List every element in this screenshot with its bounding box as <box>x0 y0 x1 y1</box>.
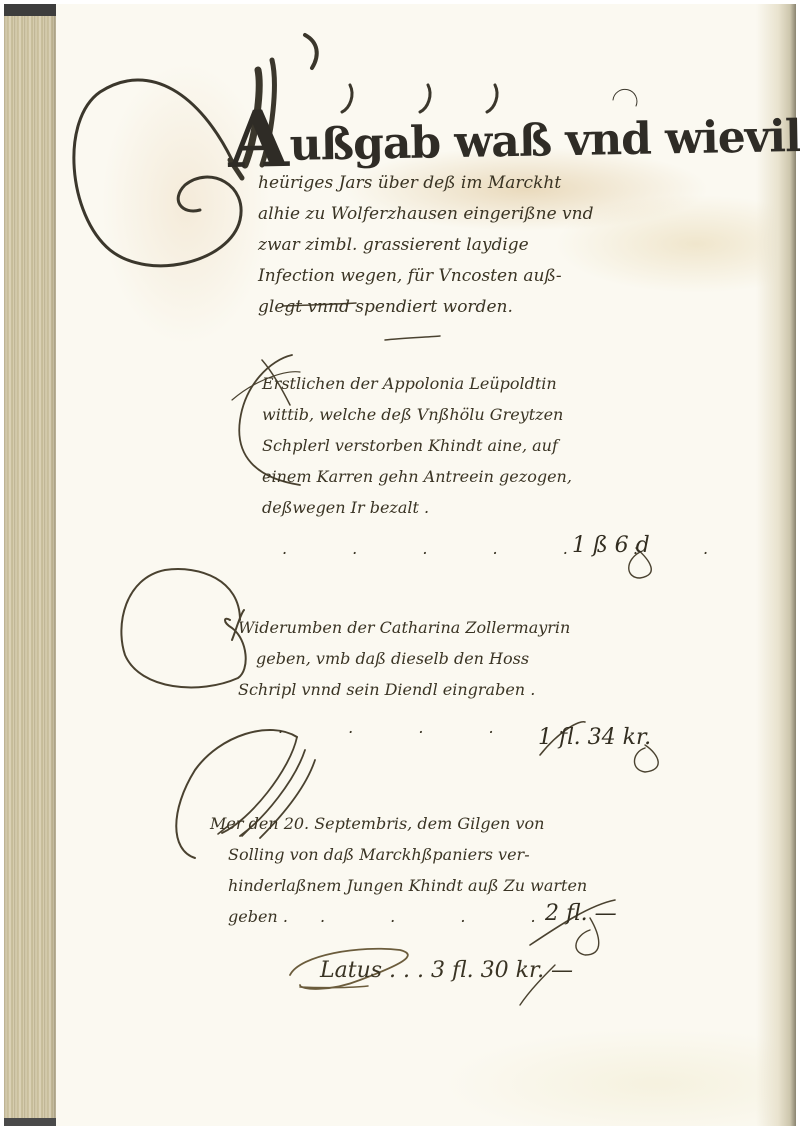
expense-entry-2: Widerumben der Catharina Zollermayrin ge… <box>238 612 688 705</box>
entry-line: Mer den 20. Septembris, dem Gilgen von <box>210 808 700 839</box>
intro-line: glegt vnnd spendiert worden. <box>258 292 678 323</box>
entry-line: einem Karren gehn Antreein gezogen, <box>262 461 692 492</box>
entry-amount: 1 fl. 34 kr. <box>538 722 651 753</box>
entry-line: Erstlichen der Appolonia Leüpoldtin <box>262 368 692 399</box>
entry-amount: 2 fl. — <box>545 898 617 929</box>
entry-line: Widerumben der Catharina Zollermayrin <box>238 612 688 643</box>
entry-leader-dots: . . . . <box>320 901 566 932</box>
expense-entry-3: Mer den 20. Septembris, dem Gilgen von S… <box>210 808 700 932</box>
total-leader-dots: . . . <box>389 958 424 983</box>
entry-line: Schplerl verstorben Khindt aine, auf <box>262 430 692 461</box>
entry-line: hinderlaßnem Jungen Khindt auß Zu warten <box>210 870 700 901</box>
entry-amount: 1 ß 6 d <box>572 530 650 561</box>
entry-leader-dots: . . . . . . . <box>282 533 738 564</box>
entry-line: Solling von daß Marckhßpaniers ver- <box>210 839 700 870</box>
entry-line: Schripl vnnd sein Diendl eingraben . <box>238 674 688 705</box>
intro-line: zwar zimbl. grassierent laydige <box>258 230 678 261</box>
intro-line: heüriges Jars über deß im Marckht <box>258 168 678 199</box>
entry-line: deßwegen Ir bezalt . <box>262 492 692 523</box>
total-label: Latus <box>320 958 382 983</box>
intro-paragraph: heüriges Jars über deß im Marckht alhie … <box>258 168 678 323</box>
total-amount: 3 fl. 30 kr. — <box>431 958 573 983</box>
entry-line: geben, vmb daß dieselb den Hoss <box>238 643 688 674</box>
expense-entry-1: Erstlichen der Appolonia Leüpoldtin witt… <box>262 368 692 523</box>
heading-text: ußgab waß vnd wievil <box>289 111 800 171</box>
intro-line: alhie zu Wolferzhausen eingerißne vnd <box>258 199 678 230</box>
page-total: Latus . . . 3 fl. 30 kr. — <box>320 958 573 983</box>
book-page-edges <box>4 4 56 1126</box>
entry-line: wittib, welche deß Vnßhölu Greytzen <box>262 399 692 430</box>
intro-line: Infection wegen, für Vncosten auß- <box>258 261 678 292</box>
